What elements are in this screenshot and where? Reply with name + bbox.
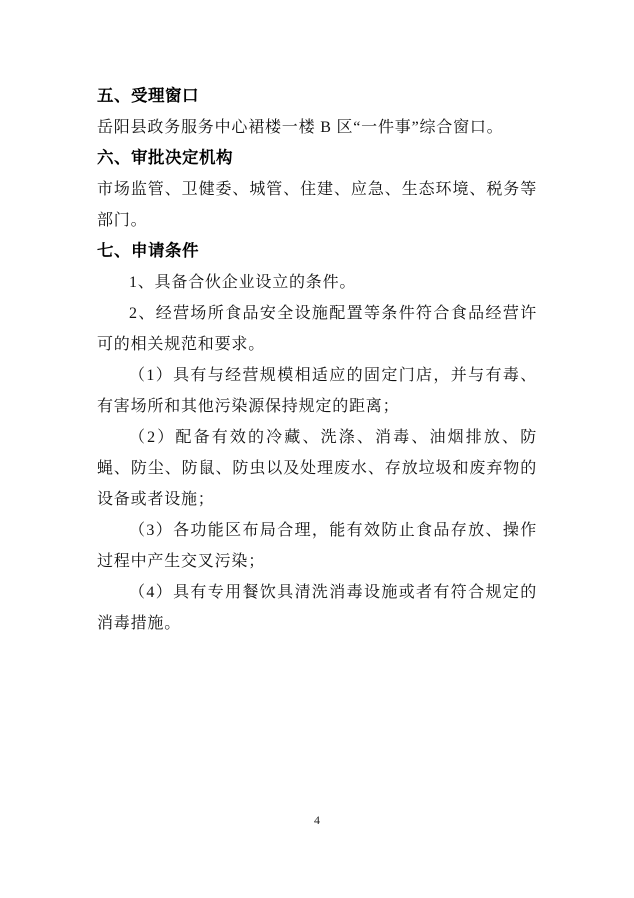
section-application-conditions: 七、申请条件 1、具备合伙企业设立的条件。 2、经营场所食品安全设施配置等条件符… bbox=[97, 236, 537, 639]
condition-subitem-2: （2）配备有效的冷藏、洗涤、消毒、油烟排放、防蝇、防尘、防鼠、防虫以及处理废水、… bbox=[97, 422, 537, 515]
condition-subitem-4: （4）具有专用餐饮具清洗消毒设施或者有符合规定的消毒措施。 bbox=[97, 577, 537, 639]
page-number: 4 bbox=[0, 813, 634, 828]
condition-subitem-3: （3）各功能区布局合理，能有效防止食品存放、操作过程中产生交叉污染； bbox=[97, 515, 537, 577]
paragraph-approval-agencies-list: 市场监管、卫健委、城管、住建、应急、生态环境、税务等部门。 bbox=[97, 174, 537, 236]
condition-subitem-1: （1）具有与经营规模相适应的固定门店，并与有毒、有害场所和其他污染源保持规定的距… bbox=[97, 360, 537, 422]
paragraph-accept-window-location: 岳阳县政务服务中心裙楼一楼 B 区“一件事”综合窗口。 bbox=[97, 112, 537, 143]
document-page: 五、受理窗口 岳阳县政务服务中心裙楼一楼 B 区“一件事”综合窗口。 六、审批决… bbox=[0, 0, 634, 898]
condition-item-1: 1、具备合伙企业设立的条件。 bbox=[97, 267, 537, 298]
section-heading-approval-agencies: 六、审批决定机构 bbox=[97, 143, 537, 174]
section-approval-agencies: 六、审批决定机构 市场监管、卫健委、城管、住建、应急、生态环境、税务等部门。 bbox=[97, 143, 537, 236]
condition-item-2: 2、经营场所食品安全设施配置等条件符合食品经营许可的相关规范和要求。 bbox=[97, 298, 537, 360]
section-accept-window: 五、受理窗口 岳阳县政务服务中心裙楼一楼 B 区“一件事”综合窗口。 bbox=[97, 81, 537, 143]
section-heading-accept-window: 五、受理窗口 bbox=[97, 81, 537, 112]
section-heading-application-conditions: 七、申请条件 bbox=[97, 236, 537, 267]
document-content: 五、受理窗口 岳阳县政务服务中心裙楼一楼 B 区“一件事”综合窗口。 六、审批决… bbox=[97, 81, 537, 639]
